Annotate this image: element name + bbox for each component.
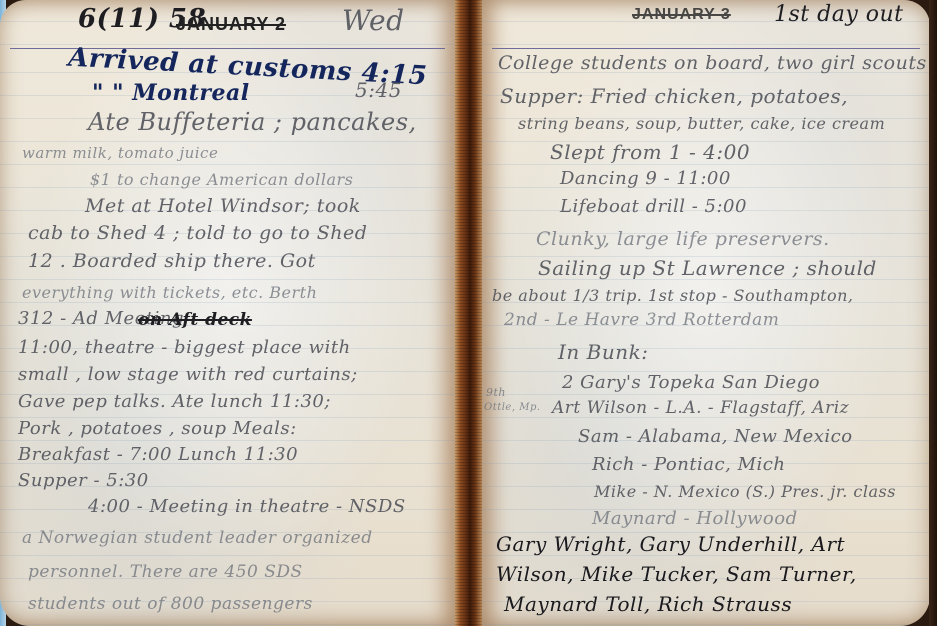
- entry-line: students out of 800 passengers: [28, 594, 313, 614]
- entry-line: 2 Gary's Topeka San Diego: [562, 372, 820, 393]
- book-binding: [455, 0, 482, 626]
- entry-line: Gave pep talks. Ate lunch 11:30;: [18, 391, 331, 412]
- entry-line: 12 . Boarded ship there. Got: [28, 250, 316, 272]
- entry-line: Mike - N. Mexico (S.) Pres. jr. class: [594, 482, 896, 501]
- entry-line: Gary Wright, Gary Underhill, Art: [496, 532, 845, 556]
- entry-line: Supper - 5:30: [18, 470, 149, 491]
- entry-line: Maynard Toll, Rich Strauss: [504, 592, 792, 616]
- struck-text: on Aft deck: [138, 310, 252, 330]
- entry-line: Breakfast - 7:00 Lunch 11:30: [18, 444, 298, 465]
- margin-note: Ottle, Mp.: [484, 402, 541, 413]
- entry-line: be about 1/3 trip. 1st stop - Southampto…: [492, 286, 854, 305]
- entry-line: Ate Buffeteria ; pancakes,: [88, 108, 417, 136]
- entry-line: Dancing 9 - 11:00: [560, 168, 731, 189]
- entry-line: Sam - Alabama, New Mexico: [578, 426, 853, 447]
- left-page: 6(11) 58 JANUARY 2 Wed Arrived at custom…: [0, 0, 455, 626]
- header-rule: [492, 48, 920, 49]
- entry-line: 4:00 - Meeting in theatre - NSDS: [88, 496, 406, 517]
- entry-line: $1 to change American dollars: [90, 170, 353, 189]
- entry-line: College students on board, two girl scou…: [498, 52, 927, 74]
- entry-line: Maynard - Hollywood: [592, 508, 798, 529]
- entry-line: Supper: Fried chicken, potatoes,: [500, 84, 848, 108]
- entry-line: small , low stage with red curtains;: [18, 364, 358, 385]
- entry-line: cab to Shed 4 ; told to go to Shed: [28, 222, 367, 244]
- entry-line: Wilson, Mike Tucker, Sam Turner,: [496, 562, 857, 586]
- entry-line: 5:45: [355, 78, 402, 102]
- entry-line: Rich - Pontiac, Mich: [592, 454, 785, 475]
- entry-line: In Bunk:: [558, 340, 648, 364]
- entry-line: Clunky, large life preservers.: [536, 228, 830, 250]
- diary-spread: 6(11) 58 JANUARY 2 Wed Arrived at custom…: [0, 0, 937, 626]
- printed-month-struck: JANUARY 3: [632, 6, 731, 24]
- background-edge: [929, 0, 937, 626]
- entry-line: 11:00, theatre - biggest place with: [18, 337, 351, 358]
- entry-line: Pork , potatoes , soup Meals:: [18, 418, 297, 439]
- printed-month-struck: JANUARY 2: [176, 14, 286, 35]
- right-page: JANUARY 3 1st day out College students o…: [482, 0, 930, 626]
- entry-line: warm milk, tomato juice: [22, 144, 218, 162]
- entry-line: Sailing up St Lawrence ; should: [538, 256, 877, 280]
- entry-line: 2nd - Le Havre 3rd Rotterdam: [504, 310, 779, 330]
- entry-line: string beans, soup, butter, cake, ice cr…: [518, 114, 885, 133]
- page-title: 1st day out: [774, 2, 904, 27]
- entry-line: Art Wilson - L.A. - Flagstaff, Ariz: [552, 398, 849, 418]
- margin-note: 9th: [486, 386, 506, 399]
- entry-line: a Norwegian student leader organized: [22, 528, 373, 548]
- weekday: Wed: [342, 4, 405, 37]
- entry-line: Lifeboat drill - 5:00: [560, 196, 747, 217]
- entry-line: everything with tickets, etc. Berth: [22, 283, 317, 302]
- entry-line: Slept from 1 - 4:00: [550, 140, 750, 164]
- entry-line: " " Montreal: [92, 80, 250, 106]
- entry-line: personnel. There are 450 SDS: [28, 562, 303, 582]
- entry-line: Met at Hotel Windsor; took: [85, 195, 361, 217]
